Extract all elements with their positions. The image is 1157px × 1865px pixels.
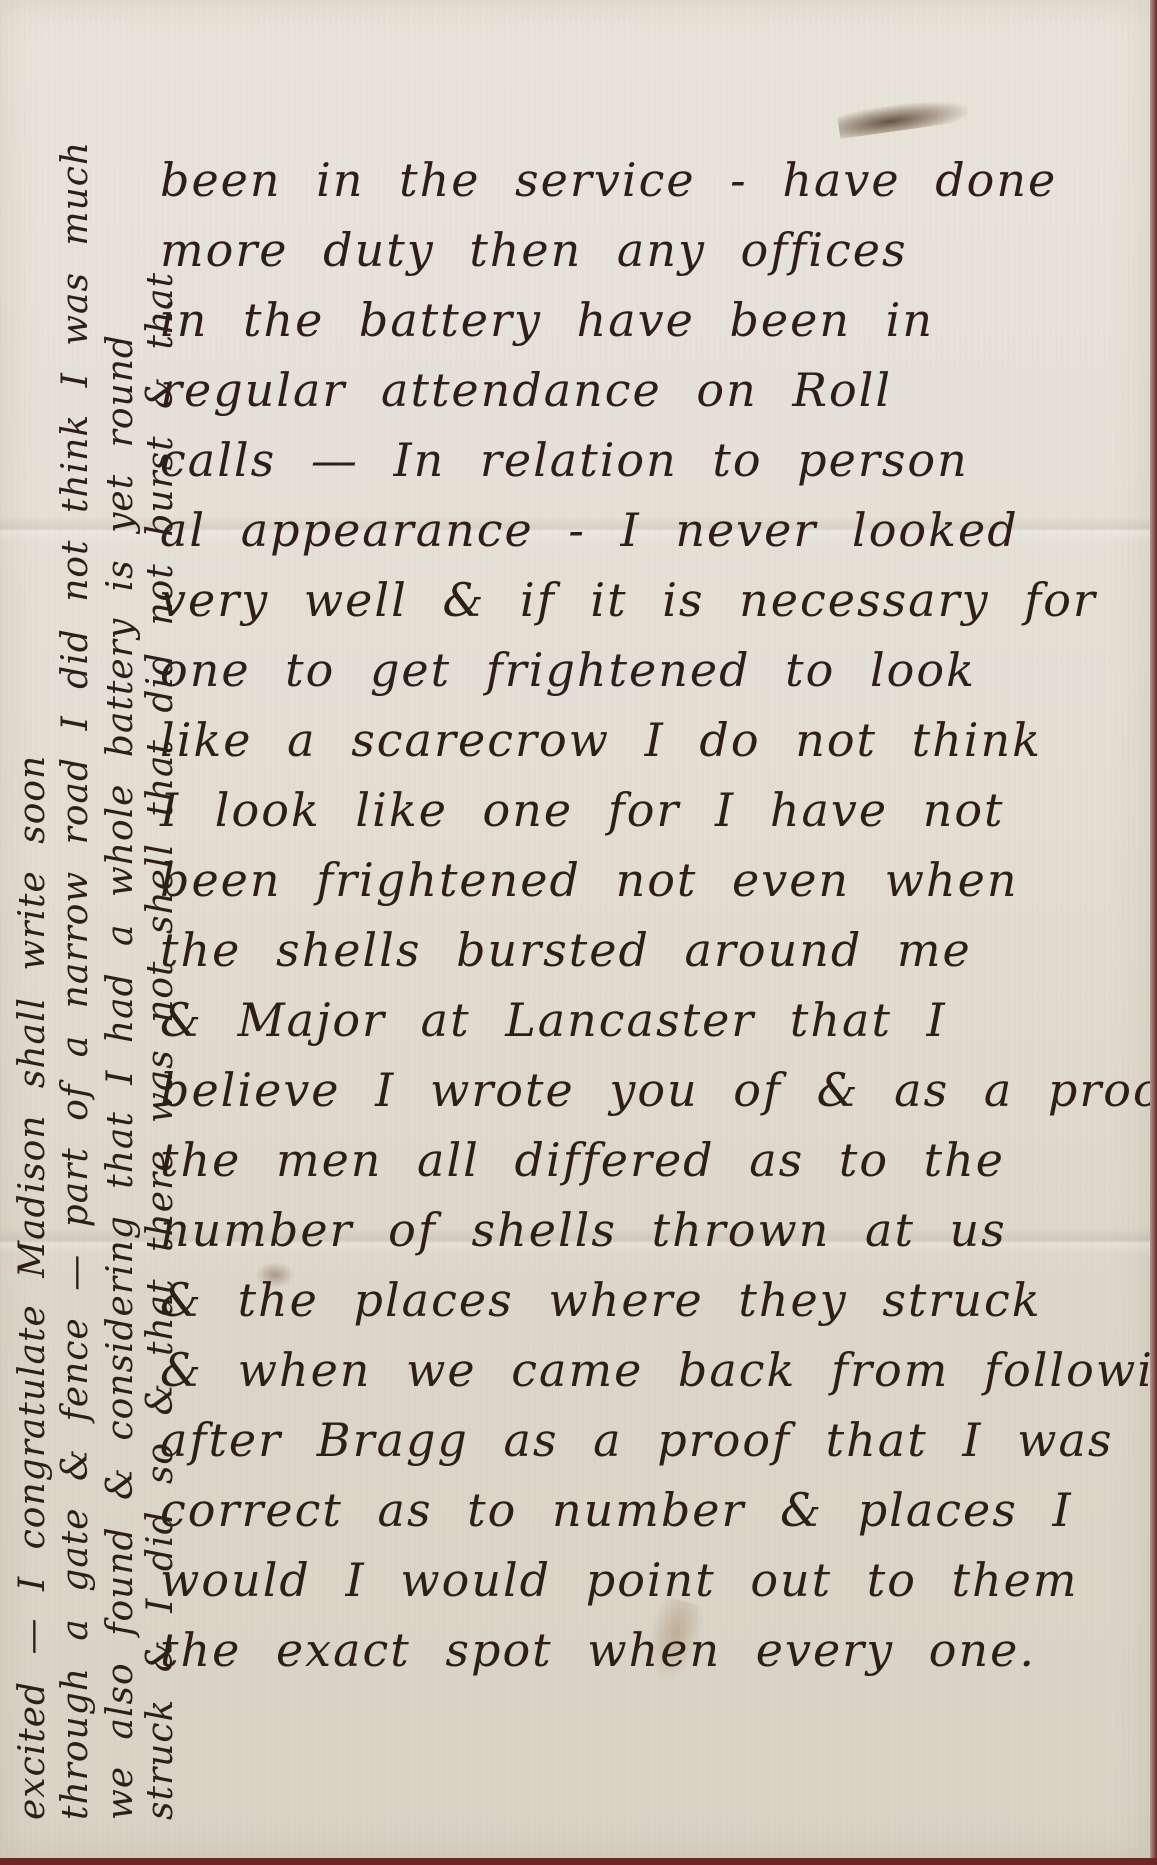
margin-line: through a gate & fence — part of a narro… xyxy=(55,141,96,1820)
letter-line: the exact spot when every one. xyxy=(160,1620,1036,1704)
margin-line: struck & I did so & that there was not s… xyxy=(140,272,181,1820)
letter-page: been in the service - have done more dut… xyxy=(0,0,1150,1858)
margin-note-vertical: struck & I did so & that there was not s… xyxy=(0,0,190,1830)
margin-line: we also found & considering that I had a… xyxy=(100,334,141,1820)
page-edge-bottom xyxy=(0,1858,1157,1865)
ink-blot xyxy=(837,95,969,139)
margin-line: excited — I congratulate Madison shall w… xyxy=(12,755,53,1820)
page-edge-right xyxy=(1150,0,1157,1865)
